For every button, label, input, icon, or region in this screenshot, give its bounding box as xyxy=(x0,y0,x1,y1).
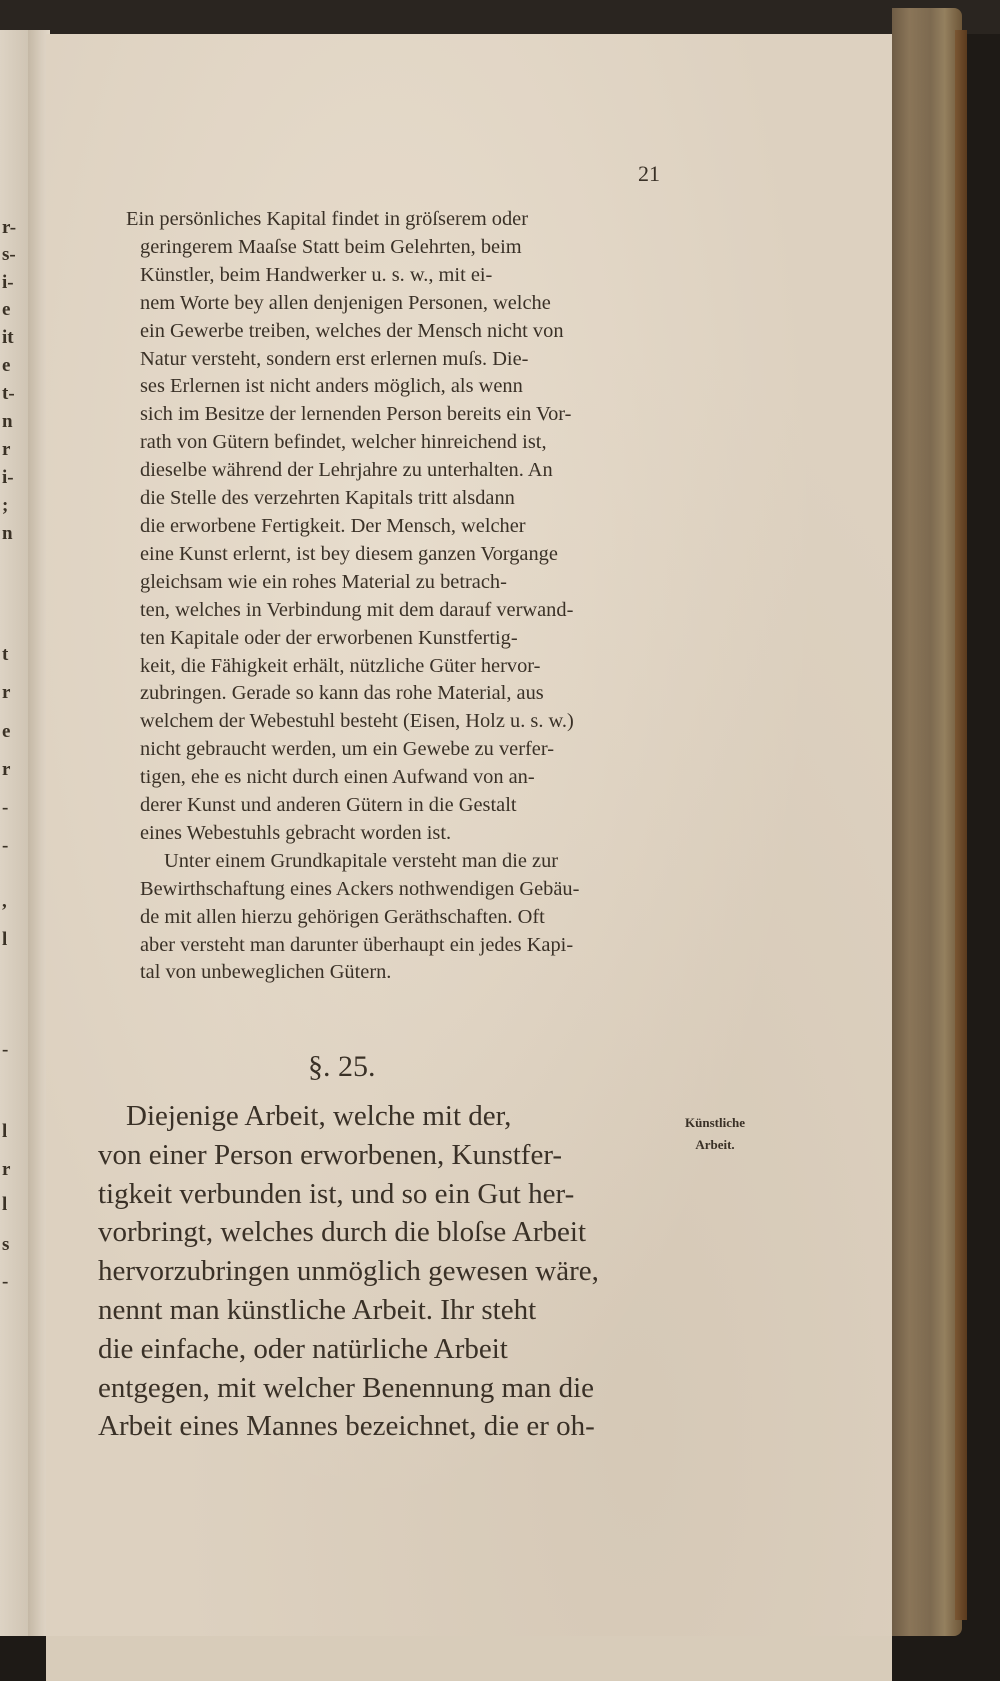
prev-fragment: i- xyxy=(2,468,14,487)
prev-fragment: - xyxy=(2,798,8,817)
text-line: derer Kunst und anderen Gütern in die Ge… xyxy=(126,792,674,820)
prev-fragment: s xyxy=(2,1235,9,1254)
prev-fragment: - xyxy=(2,1272,8,1291)
text-line: zubringen. Gerade so kann das rohe Mater… xyxy=(126,680,674,708)
page-number: 21 xyxy=(638,161,660,187)
page-bottom xyxy=(46,1636,892,1681)
prev-fragment: e xyxy=(2,722,10,741)
prev-fragment: r xyxy=(2,440,10,459)
prev-fragment: s- xyxy=(2,245,16,264)
text-line: ten, welches in Verbindung mit dem darau… xyxy=(126,597,674,625)
text-line: tigen, ehe es nicht durch einen Aufwand … xyxy=(126,764,674,792)
text-line: ein Gewerbe treiben, welches der Mensch … xyxy=(126,318,674,346)
text-line: die erworbene Fertigkeit. Der Mensch, we… xyxy=(126,513,674,541)
prev-fragment: e xyxy=(2,356,10,375)
text-line: keit, die Fähigkeit erhält, nützliche Gü… xyxy=(126,653,674,681)
text-line: die einfache, oder natürliche Arbeit xyxy=(98,1330,658,1369)
text-line: ses Erlernen ist nicht anders möglich, a… xyxy=(126,373,674,401)
text-line: gleichsam wie ein rohes Material zu betr… xyxy=(126,569,674,597)
prev-fragment: l xyxy=(2,930,7,949)
text-line: hervorzubringen unmöglich gewesen wäre, xyxy=(98,1252,658,1291)
prev-fragment: , xyxy=(2,892,7,911)
prev-fragment: it xyxy=(2,328,14,347)
prev-fragment: r xyxy=(2,683,10,702)
marginal-note: Künstliche Arbeit. xyxy=(670,1112,760,1156)
text-line: de mit allen hierzu gehörigen Geräthscha… xyxy=(126,904,674,932)
prev-fragment: t xyxy=(2,645,8,664)
text-line: Ein persönliches Kapital findet in gröſs… xyxy=(126,206,674,234)
prev-fragment: e xyxy=(2,300,10,319)
text-line: ten Kapitale oder der erworbenen Kunstfe… xyxy=(126,625,674,653)
text-line: geringerem Maaſse Statt beim Gelehrten, … xyxy=(126,234,674,262)
prev-fragment: n xyxy=(2,412,13,431)
text-line: Diejenige Arbeit, welche mit der, xyxy=(98,1097,658,1136)
text-line: Arbeit eines Mannes bezeichnet, die er o… xyxy=(98,1407,658,1446)
text-line: rath von Gütern befindet, welcher hinrei… xyxy=(126,429,674,457)
text-line: nicht gebraucht werden, um ein Gewebe zu… xyxy=(126,736,674,764)
prev-fragment: l xyxy=(2,1195,7,1214)
text-line: eines Webestuhls gebracht worden ist. xyxy=(126,820,674,848)
prev-fragment: r xyxy=(2,760,10,779)
text-line: von einer Person erworbenen, Kunstfer- xyxy=(98,1136,658,1175)
text-line: aber versteht man darunter überhaupt ein… xyxy=(126,932,674,960)
top-shadow xyxy=(0,0,1000,34)
prev-fragment: - xyxy=(2,836,8,855)
book-cover-edge xyxy=(955,30,967,1620)
text-line: nem Worte bey allen denjenigen Personen,… xyxy=(126,290,674,318)
text-line: eine Kunst erlernt, ist bey diesem ganze… xyxy=(126,541,674,569)
text-line: tigkeit verbunden ist, und so ein Gut he… xyxy=(98,1175,658,1214)
text-line: entgegen, mit welcher Benennung man die xyxy=(98,1369,658,1408)
section-heading: §. 25. xyxy=(308,1050,376,1084)
book-binding xyxy=(892,8,962,1636)
text-line: Künstler, beim Handwerker u. s. w., mit … xyxy=(126,262,674,290)
text-line: die Stelle des verzehrten Kapitals tritt… xyxy=(126,485,674,513)
book-scan: r- s- i- e it e t- n r i- ; n t r e r - … xyxy=(0,0,1000,1681)
prev-fragment: n xyxy=(2,524,13,543)
lower-paragraph: Diejenige Arbeit, welche mit der, von ei… xyxy=(98,1097,658,1446)
text-line: nennt man künstliche Arbeit. Ihr steht xyxy=(98,1291,658,1330)
prev-fragment: i- xyxy=(2,273,14,292)
text-line: tal von unbeweglichen Gütern. xyxy=(126,959,674,987)
text-line: Bewirthschaftung eines Ackers nothwendig… xyxy=(126,876,674,904)
text-line: welchem der Webestuhl besteht (Eisen, Ho… xyxy=(126,708,674,736)
text-line: dieselbe während der Lehrjahre zu unterh… xyxy=(126,457,674,485)
text-line: sich im Besitze der lernenden Person ber… xyxy=(126,401,674,429)
text-line: Unter einem Grundkapitale versteht man d… xyxy=(126,848,674,876)
prev-fragment: t- xyxy=(2,384,15,403)
prev-fragment: r- xyxy=(2,218,16,237)
prev-fragment: - xyxy=(2,1040,8,1059)
upper-paragraph: Ein persönliches Kapital findet in gröſs… xyxy=(126,206,674,987)
text-line: vorbringt, welches durch die bloſse Arbe… xyxy=(98,1213,658,1252)
marginal-note-line: Arbeit. xyxy=(670,1134,760,1156)
prev-fragment: r xyxy=(2,1160,10,1179)
prev-fragment: ; xyxy=(2,496,8,515)
text-line: Natur versteht, sondern erst erlernen mu… xyxy=(126,346,674,374)
prev-fragment: l xyxy=(2,1122,7,1141)
marginal-note-line: Künstliche xyxy=(670,1112,760,1134)
